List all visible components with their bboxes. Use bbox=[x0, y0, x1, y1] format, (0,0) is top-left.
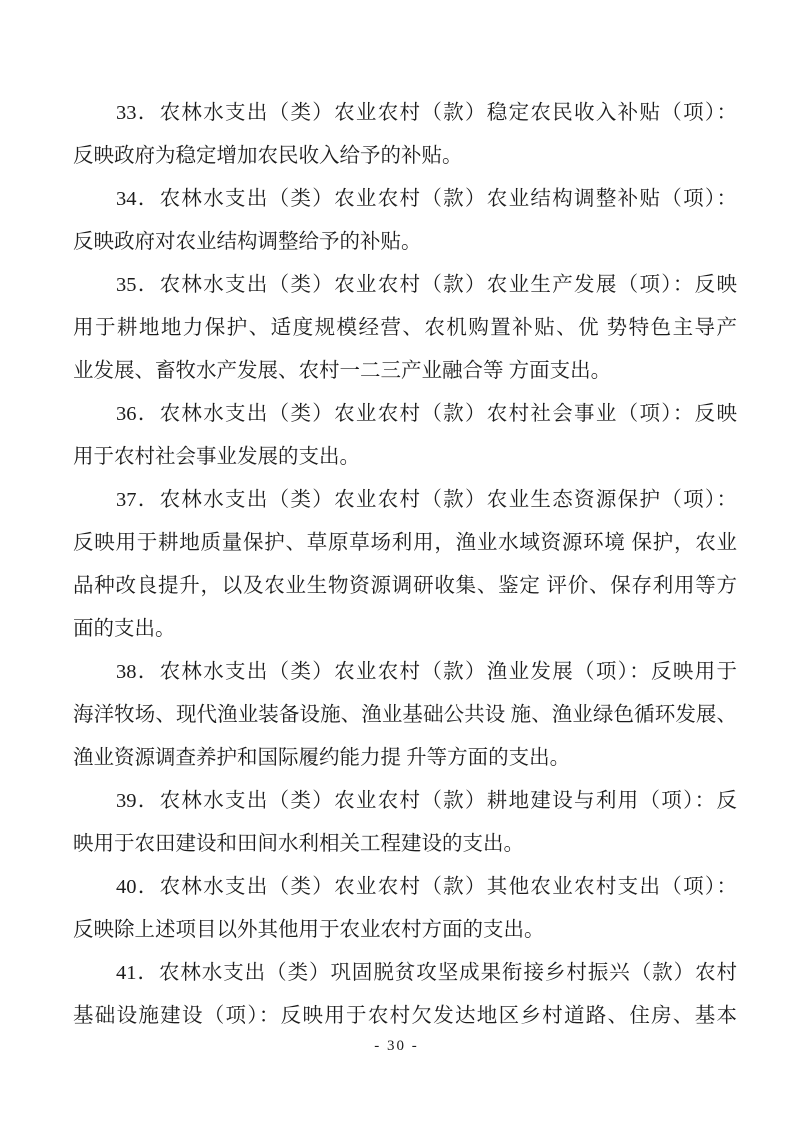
text-line: 基础设施建设（项）：反映用于农村欠发达地区乡村道路、住房、基本 bbox=[73, 995, 737, 1038]
text-line: 海洋牧场、现代渔业装备设施、渔业基础公共设 施、渔业绿色循环发展、 bbox=[73, 694, 737, 737]
paragraph-item-37: 37．农林水支出（类）农业农村（款）农业生态资源保护（项）：反映用于耕地质量保护… bbox=[73, 479, 737, 651]
text-line: 品种改良提升，以及农业生物资源调研收集、鉴定 评价、保存利用等方 bbox=[73, 565, 737, 608]
text-line: 35．农林水支出（类）农业农村（款）农业生产发展（项）：反映 bbox=[73, 264, 737, 307]
text-line: 用于耕地地力保护、适度规模经营、农机购置补贴、优 势特色主导产 bbox=[73, 307, 737, 350]
paragraph-item-36: 36．农林水支出（类）农业农村（款）农村社会事业（项）：反映用于农村社会事业发展… bbox=[73, 393, 737, 479]
text-line: 反映用于耕地质量保护、草原草场利用，渔业水域资源环境 保护，农业 bbox=[73, 522, 737, 565]
paragraph-item-40: 40．农林水支出（类）农业农村（款）其他农业农村支出（项）：反映除上述项目以外其… bbox=[73, 866, 737, 952]
paragraph-item-35: 35．农林水支出（类）农业农村（款）农业生产发展（项）：反映用于耕地地力保护、适… bbox=[73, 264, 737, 393]
text-line: 业发展、畜牧水产发展、农村一二三产业融合等 方面支出。 bbox=[73, 350, 737, 393]
text-line: 渔业资源调查养护和国际履约能力提 升等方面的支出。 bbox=[73, 737, 737, 780]
text-line: 39．农林水支出（类）农业农村（款）耕地建设与利用（项）：反 bbox=[73, 780, 737, 823]
text-line: 反映政府为稳定增加农民收入给予的补贴。 bbox=[73, 135, 737, 178]
paragraph-item-41: 41．农林水支出（类）巩固脱贫攻坚成果衔接乡村振兴（款）农村基础设施建设（项）：… bbox=[73, 952, 737, 1038]
document-page: 33．农林水支出（类）农业农村（款）稳定农民收入补贴（项）：反映政府为稳定增加农… bbox=[0, 0, 793, 1122]
text-line: 37．农林水支出（类）农业农村（款）农业生态资源保护（项）： bbox=[73, 479, 737, 522]
text-line: 面的支出。 bbox=[73, 608, 737, 651]
text-line: 38．农林水支出（类）农业农村（款）渔业发展（项）：反映用于 bbox=[73, 651, 737, 694]
page-footer: - 30 - bbox=[0, 1036, 793, 1056]
text-line: 反映除上述项目以外其他用于农业农村方面的支出。 bbox=[73, 909, 737, 952]
paragraph-item-39: 39．农林水支出（类）农业农村（款）耕地建设与利用（项）：反映用于农田建设和田间… bbox=[73, 780, 737, 866]
text-line: 36．农林水支出（类）农业农村（款）农村社会事业（项）：反映 bbox=[73, 393, 737, 436]
paragraph-item-33: 33．农林水支出（类）农业农村（款）稳定农民收入补贴（项）：反映政府为稳定增加农… bbox=[73, 92, 737, 178]
text-line: 33．农林水支出（类）农业农村（款）稳定农民收入补贴（项）： bbox=[73, 92, 737, 135]
paragraph-item-38: 38．农林水支出（类）农业农村（款）渔业发展（项）：反映用于海洋牧场、现代渔业装… bbox=[73, 651, 737, 780]
document-body: 33．农林水支出（类）农业农村（款）稳定农民收入补贴（项）：反映政府为稳定增加农… bbox=[73, 92, 737, 1038]
text-line: 用于农村社会事业发展的支出。 bbox=[73, 436, 737, 479]
text-line: 映用于农田建设和田间水利相关工程建设的支出。 bbox=[73, 823, 737, 866]
text-line: 40．农林水支出（类）农业农村（款）其他农业农村支出（项）： bbox=[73, 866, 737, 909]
text-line: 41．农林水支出（类）巩固脱贫攻坚成果衔接乡村振兴（款）农村 bbox=[73, 952, 737, 995]
page-number: - 30 - bbox=[374, 1038, 419, 1054]
text-line: 34．农林水支出（类）农业农村（款）农业结构调整补贴（项）： bbox=[73, 178, 737, 221]
text-line: 反映政府对农业结构调整给予的补贴。 bbox=[73, 221, 737, 264]
paragraph-item-34: 34．农林水支出（类）农业农村（款）农业结构调整补贴（项）：反映政府对农业结构调… bbox=[73, 178, 737, 264]
